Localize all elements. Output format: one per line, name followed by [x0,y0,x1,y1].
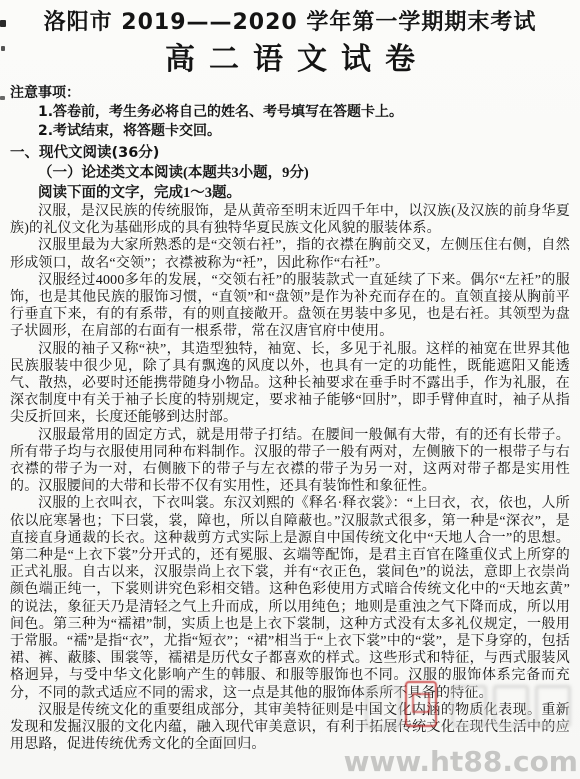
passage-paragraph: 汉服的袖子又称“袂”，其造型独特，袖宽、长，多见于礼服。这样的袖宽在世界其他民族… [10,341,570,427]
scan-speck [0,96,5,100]
exam-paper-page: 洛阳市 2019——2020 学年第一学期期末考试 高二语文试卷 注意事项： 1… [0,0,580,779]
section-heading: 一、现代文阅读(36分) [10,143,570,163]
subsection-heading: （一）论述类文本阅读(本题共3小题，9分) [38,163,570,183]
reading-instruction: 阅读下面的文字，完成1～3题。 [38,183,570,203]
passage-paragraph: 汉服是传统文化的重要组成部分，其审美特征则是中国文化内涵的物质化表现。重新发现和… [10,702,570,754]
passage-paragraph: 汉服经过4000多年的发展，“交领右衽”的服装款式一直延续了下来。偶尔“左衽”的… [10,272,570,341]
passage-paragraph: 汉服的上衣叫衣，下衣叫裳。东汉刘熙的《释名·释衣裳》：“上曰衣，衣，依也，人所依… [10,495,570,701]
passage-paragraph: 汉服最常用的固定方式，就是用带子打结。在腰间一般佩有大带，有的还有长带子。所有带… [10,427,570,496]
notice-label: 注意事项： [10,84,570,103]
reading-passage: 汉服，是汉民族的传统服饰，是从黄帝至明末近四千年中，以汉族(及汉族的前身华夏族)… [10,203,570,754]
notice-item-1: 1.答卷前，考生务必将自己的姓名、考号填写在答题卡上。 [38,103,570,122]
exam-subtitle: 高二语文试卷 [10,40,570,80]
exam-title: 洛阳市 2019——2020 学年第一学期期末考试 [10,8,570,38]
scan-speck [0,20,6,27]
passage-paragraph: 汉服里最为大家所熟悉的是“交领右衽”，指的衣襟在胸前交叉，左侧压住右侧，自然形成… [10,237,570,271]
scan-speck [1,46,5,51]
passage-paragraph: 汉服，是汉民族的传统服饰，是从黄帝至明末近四千年中，以汉族(及汉族的前身华夏族)… [10,203,570,237]
notice-item-2: 2.考试结束，将答题卡交回。 [38,122,570,141]
